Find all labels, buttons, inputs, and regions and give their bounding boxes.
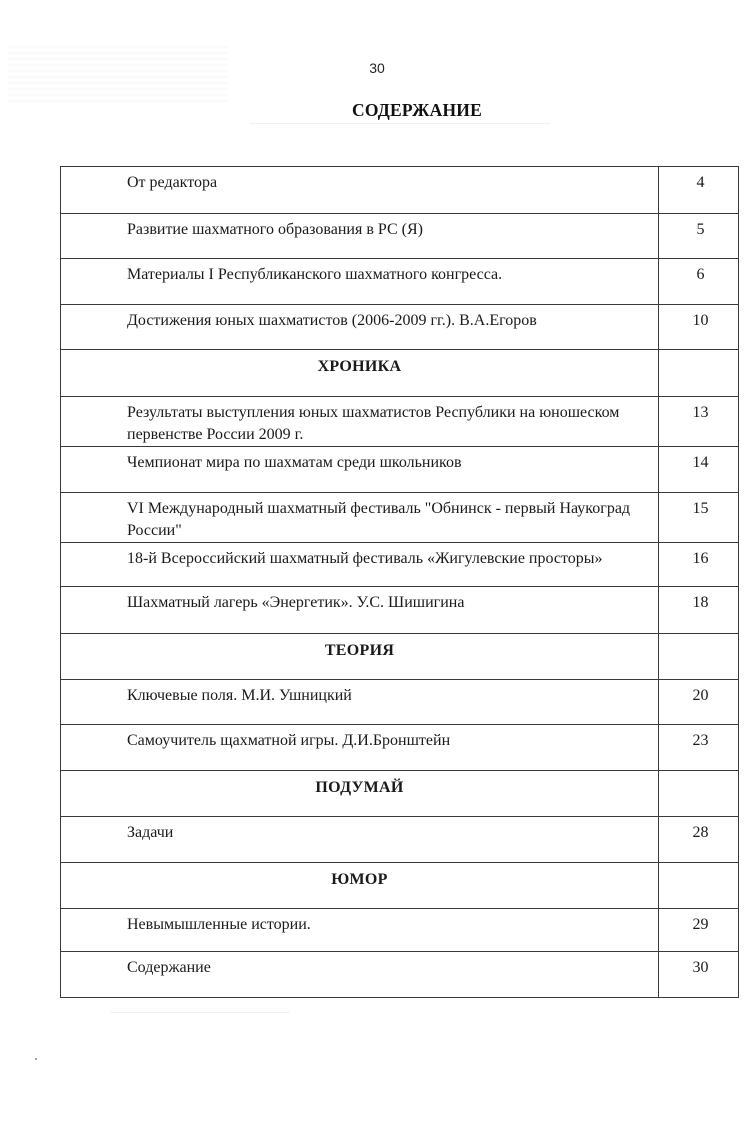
toc-entry-row: Невымышленные истории.29 (61, 909, 739, 952)
toc-section-row: ПОДУМАЙ (61, 771, 739, 817)
toc-entry-title: Материалы I Республиканского шахматного … (61, 259, 659, 305)
toc-entry-row: Материалы I Республиканского шахматного … (61, 259, 739, 305)
page-number: 30 (0, 60, 754, 76)
toc-entry-title: Ключевые поля. М.И. Ушницкий (61, 680, 659, 725)
toc-entry-title: От редактора (61, 167, 659, 214)
toc-page-number: 18 (659, 587, 739, 634)
toc-entry-row: Развитие шахматного образования в РС (Я)… (61, 214, 739, 259)
toc-entry-title: Чемпионат мира по шахматам среди школьни… (61, 447, 659, 493)
toc-page-number: 20 (659, 680, 739, 725)
toc-section-row: ХРОНИКА (61, 350, 739, 397)
toc-page-number: 14 (659, 447, 739, 493)
scan-artifact (8, 46, 228, 106)
toc-page-number (659, 634, 739, 680)
toc-section-row: ТЕОРИЯ (61, 634, 739, 680)
toc-entry-title: VI Международный шахматный фестиваль "Об… (61, 493, 659, 543)
toc-page-number: 28 (659, 817, 739, 863)
toc-body: От редактора4Развитие шахматного образов… (61, 167, 739, 998)
toc-entry-title: Невымышленные истории. (61, 909, 659, 952)
toc-entry-row: От редактора4 (61, 167, 739, 214)
toc-page-number: 23 (659, 725, 739, 771)
toc-page-number: 29 (659, 909, 739, 952)
toc-entry-title: Достижения юных шахматистов (2006-2009 г… (61, 305, 659, 350)
toc-entry-row: Результаты выступления юных шахматистов … (61, 397, 739, 447)
toc-page-number: 13 (659, 397, 739, 447)
toc-page-number (659, 863, 739, 909)
toc-section-heading: ЮМОР (61, 863, 659, 909)
toc-page-number: 16 (659, 543, 739, 587)
toc-page-number (659, 350, 739, 397)
toc-page-number: 6 (659, 259, 739, 305)
toc-entry-row: VI Международный шахматный фестиваль "Об… (61, 493, 739, 543)
toc-page-number (659, 771, 739, 817)
page-title: СОДЕРЖАНИЕ (0, 100, 754, 121)
toc-section-row: ЮМОР (61, 863, 739, 909)
toc-page-number: 15 (659, 493, 739, 543)
toc-page-number: 4 (659, 167, 739, 214)
toc-entry-title: Задачи (61, 817, 659, 863)
toc-entry-row: Ключевые поля. М.И. Ушницкий20 (61, 680, 739, 725)
toc-page-number: 10 (659, 305, 739, 350)
toc-page-number: 30 (659, 952, 739, 998)
toc-entry-title: Результаты выступления юных шахматистов … (61, 397, 659, 447)
toc-entry-title: Содержание (61, 952, 659, 998)
toc-entry-row: Шахматный лагерь «Энергетик». У.С. Шишиг… (61, 587, 739, 634)
toc-entry-row: Содержание30 (61, 952, 739, 998)
toc-entry-row: Чемпионат мира по шахматам среди школьни… (61, 447, 739, 493)
toc-entry-row: 18-й Всероссийский шахматный фестиваль «… (61, 543, 739, 587)
table-of-contents: От редактора4Развитие шахматного образов… (60, 166, 739, 998)
toc-section-heading: ХРОНИКА (61, 350, 659, 397)
scan-dust (35, 1058, 37, 1060)
toc-entry-title: 18-й Всероссийский шахматный фестиваль «… (61, 543, 659, 587)
toc-entry-row: Достижения юных шахматистов (2006-2009 г… (61, 305, 739, 350)
bleed-through-line (110, 1012, 290, 1013)
toc-entry-title: Шахматный лагерь «Энергетик». У.С. Шишиг… (61, 587, 659, 634)
toc-entry-title: Самоучитель щахматной игры. Д.И.Бронштей… (61, 725, 659, 771)
toc-entry-row: Самоучитель щахматной игры. Д.И.Бронштей… (61, 725, 739, 771)
bleed-through-line (250, 123, 550, 124)
toc-page-number: 5 (659, 214, 739, 259)
toc-section-heading: ПОДУМАЙ (61, 771, 659, 817)
toc-entry-row: Задачи28 (61, 817, 739, 863)
toc-section-heading: ТЕОРИЯ (61, 634, 659, 680)
toc-entry-title: Развитие шахматного образования в РС (Я) (61, 214, 659, 259)
